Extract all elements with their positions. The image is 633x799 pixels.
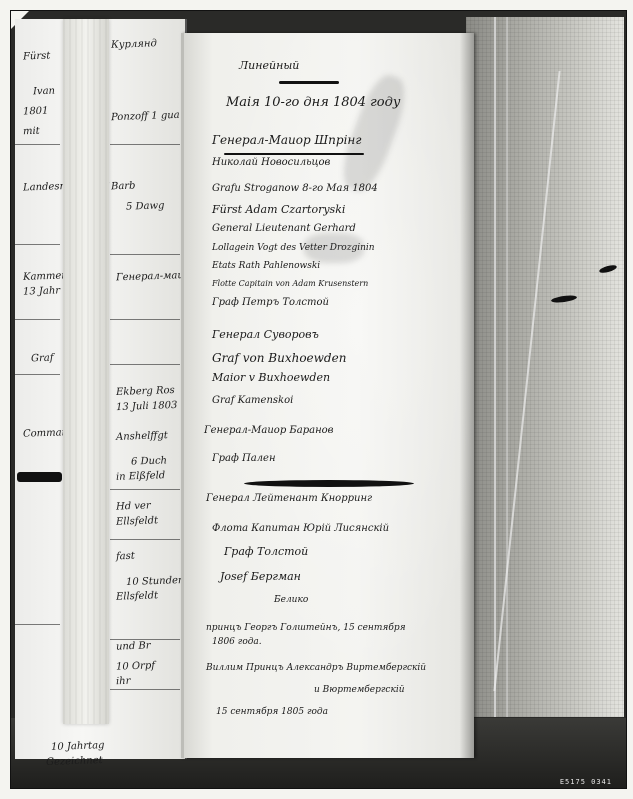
ruled-line (15, 244, 60, 245)
handwriting-left: 10 Jahrtag (51, 740, 105, 753)
signature: Флота Капитан Юрій Лисянскій (212, 523, 389, 534)
dated-entry: 1806 года. (212, 637, 262, 647)
handwriting-left: 13 Jahr (23, 285, 60, 297)
handwriting-left: in Elßfeld (116, 470, 166, 483)
handwriting-left: fast (116, 551, 135, 563)
entry-heading: Линейный (239, 59, 299, 72)
cloth-seam (506, 17, 508, 717)
signature: Etats Rath Pahlenowski (212, 261, 320, 271)
handwriting-left: und Br (116, 640, 151, 652)
signature: Grafu Stroganow 8-го Мая 1804 (212, 183, 378, 194)
signature: Генерал Суворовъ (212, 328, 319, 341)
handwriting-left: 13 Juli 1803 (116, 400, 178, 413)
signature: Генерал Лейтенант Кнорринг (206, 493, 372, 504)
dated-entry: Виллим Принцъ Александръ Виртембергскій (206, 663, 426, 673)
handwriting-left: Anshelffgt (116, 430, 168, 443)
signature: General Lieutenant Gerhard (212, 223, 356, 234)
paper-guard-strip (63, 19, 109, 724)
handwriting-left: Ellsfeldt (116, 590, 158, 602)
signature: Генерал-Маиор Баранов (204, 425, 334, 436)
pen-flourish (224, 153, 364, 155)
handwriting-left: 5 Dawg (126, 200, 165, 212)
handwriting-left: Hd ver (116, 500, 151, 512)
cloth-seam (494, 17, 496, 717)
handwriting-left: Barb (111, 181, 136, 193)
signature: Генерал-Маиор Шпрінг (212, 133, 361, 147)
handwriting-left: 1801 (23, 106, 49, 118)
ruled-line (110, 539, 180, 540)
handwriting-left: mit (23, 126, 40, 138)
signature: Граф Толстой (224, 545, 308, 558)
signature: Maior v Buxhoewden (212, 371, 330, 384)
dated-entry: и Вюртембергскій (314, 685, 405, 695)
handwriting-left: Comman (23, 427, 68, 440)
handwriting-left: 10 Orpf (116, 660, 155, 672)
cloth-cover-board (466, 17, 624, 717)
handwriting-left: Курлянд (111, 38, 157, 51)
handwriting-left: Ivan (33, 86, 55, 98)
ruled-line (15, 144, 60, 145)
signature: Николай Новосильцов (212, 157, 330, 168)
handwriting-left: Ekberg Ros (116, 385, 175, 398)
dated-entry: 15 сентября 1805 года (216, 707, 328, 717)
ruled-line (110, 144, 180, 145)
signature: Graf Kamenskoi (212, 395, 293, 406)
ruled-line (110, 689, 180, 690)
handwriting-left: 10 Stunden (126, 575, 185, 588)
ruled-line (15, 374, 60, 375)
ruled-line (110, 489, 180, 490)
ruled-line (110, 319, 180, 320)
handwriting-left: ihr (116, 676, 131, 687)
signature: Flotte Capitain von Adam Krusenstern (212, 279, 368, 288)
signature: Белико (274, 595, 308, 605)
ruled-line (110, 254, 180, 255)
handwriting-left: 6 Duch (131, 455, 167, 467)
signature: Граф Пален (212, 453, 276, 464)
signature: Josef Бергман (220, 570, 301, 583)
signature: Fürst Adam Czartoryski (212, 203, 345, 216)
register-page: Линейный Маія 10-го дня 1804 году Генера… (181, 33, 474, 758)
ruled-line (110, 364, 180, 365)
ink-strikethrough (244, 480, 414, 487)
handwriting-left: Graf (31, 353, 54, 365)
catalog-number: E5175 0341 (560, 778, 612, 786)
signature: Граф Петръ Толстой (212, 297, 329, 308)
handwriting-left: Gezeichnet (46, 755, 103, 768)
pen-flourish (279, 81, 339, 84)
signature: Graf von Buxhoewden (212, 351, 346, 365)
entry-date: Маія 10-го дня 1804 году (226, 95, 400, 110)
dated-entry: принцъ Георгъ Голштейнъ, 15 сентября (206, 623, 406, 633)
ruled-line (15, 624, 60, 625)
ink-smear (17, 472, 62, 482)
ruled-line (15, 319, 60, 320)
handwriting-left: Ponzoff 1 gua (111, 110, 180, 123)
archival-photograph: Курлянд Fürst Ivan 1801 Ponzoff 1 gua mi… (10, 10, 627, 789)
handwriting-left: Fürst (23, 51, 51, 63)
handwriting-left: Ellsfeldt (116, 515, 158, 527)
signature: Lollagein Vogt des Vetter Drozginin (212, 243, 375, 253)
